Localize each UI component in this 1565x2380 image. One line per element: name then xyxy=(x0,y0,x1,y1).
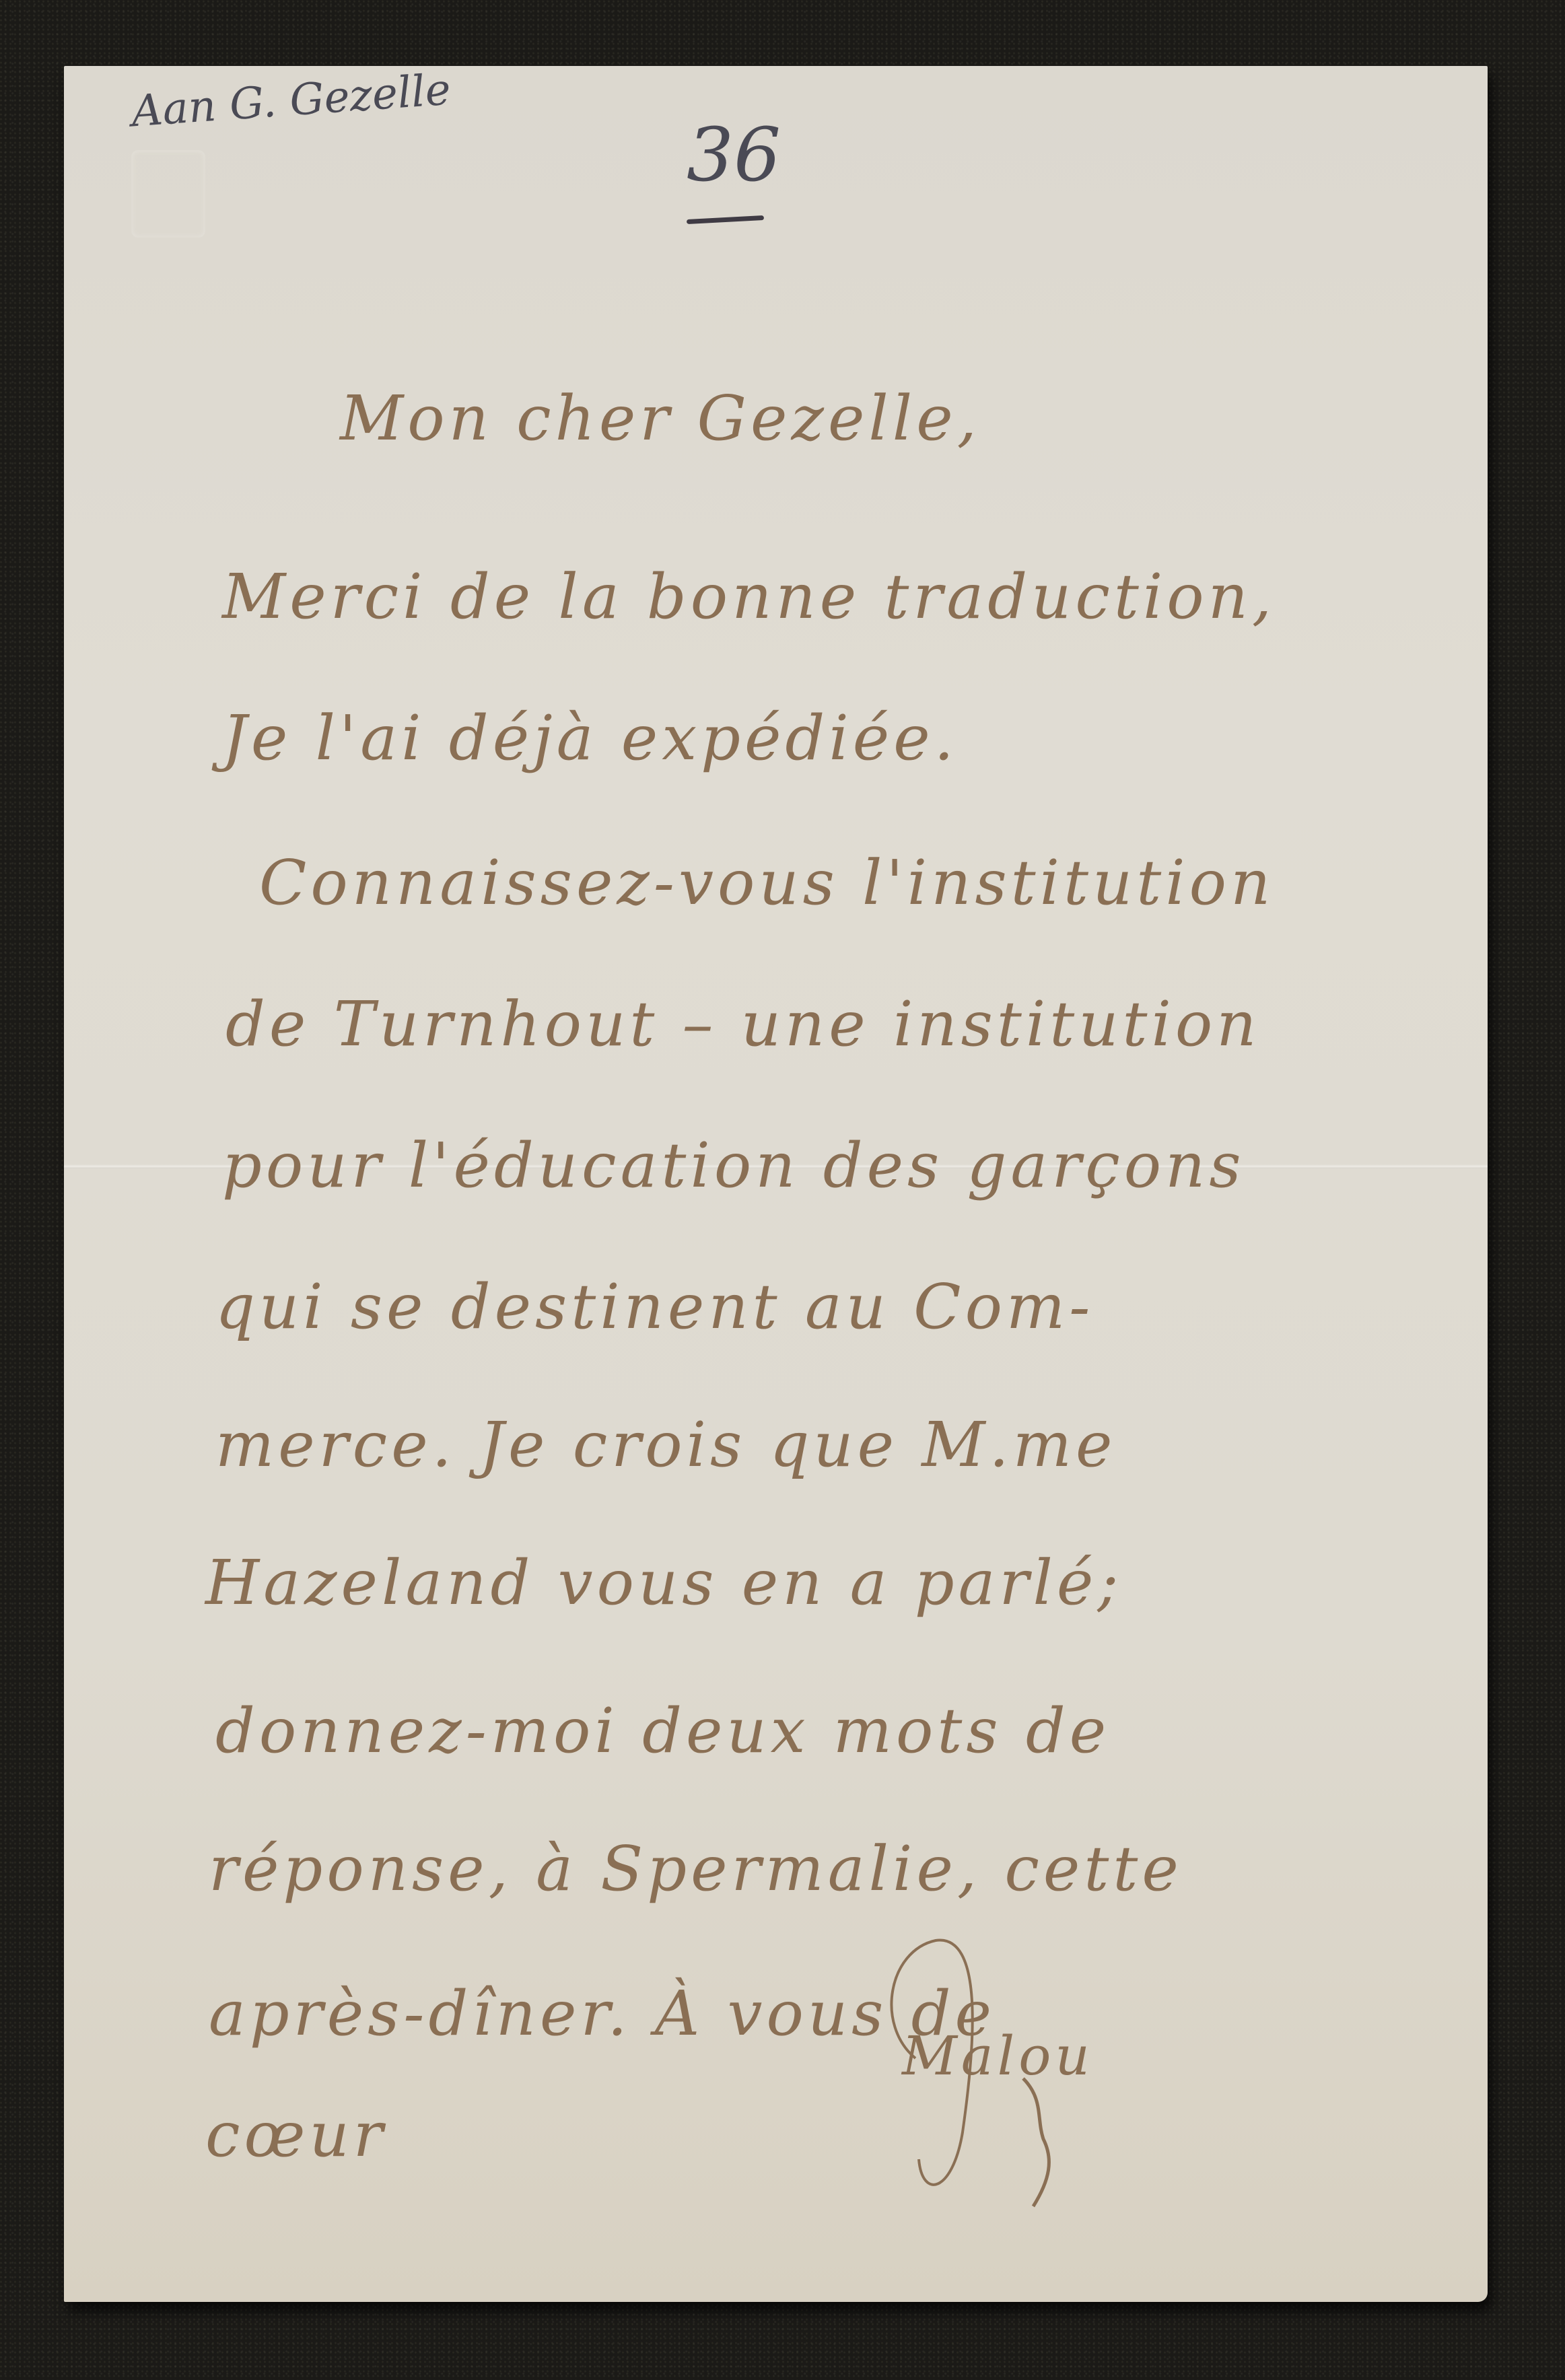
letter-line: Hazeland vous en a parlé; xyxy=(205,1547,1122,1619)
letter-line: donnez-moi deux mots de xyxy=(215,1695,1110,1767)
letter-line: cœur xyxy=(205,2099,387,2171)
archival-note: Aan G. Gezelle xyxy=(130,65,452,137)
salutation: Mon cher Gezelle, xyxy=(340,382,981,454)
folio-underline xyxy=(687,215,764,224)
letter-line: Merci de la bonne traduction, xyxy=(222,561,1276,633)
letter-line: qui se destinent au Com- xyxy=(215,1271,1094,1343)
folio-number: 36 xyxy=(687,112,781,198)
letter-line: Je l'ai déjà expédiée. xyxy=(222,702,958,774)
letter-line: de Turnhout – une institution xyxy=(225,988,1261,1060)
letter-line: Connaissez-vous l'institution xyxy=(259,847,1274,919)
letter-line: merce. Je crois que M.me xyxy=(215,1409,1116,1481)
letter-page: Aan G. Gezelle 36 Mon cher Gezelle, Merc… xyxy=(64,66,1488,2302)
signature: Malou xyxy=(902,2025,1094,2087)
letter-line: pour l'éducation des garçons xyxy=(222,1129,1245,1201)
letter-line: réponse, à Spermalie, cette xyxy=(209,1833,1183,1905)
embossed-stamp-icon xyxy=(131,150,205,238)
